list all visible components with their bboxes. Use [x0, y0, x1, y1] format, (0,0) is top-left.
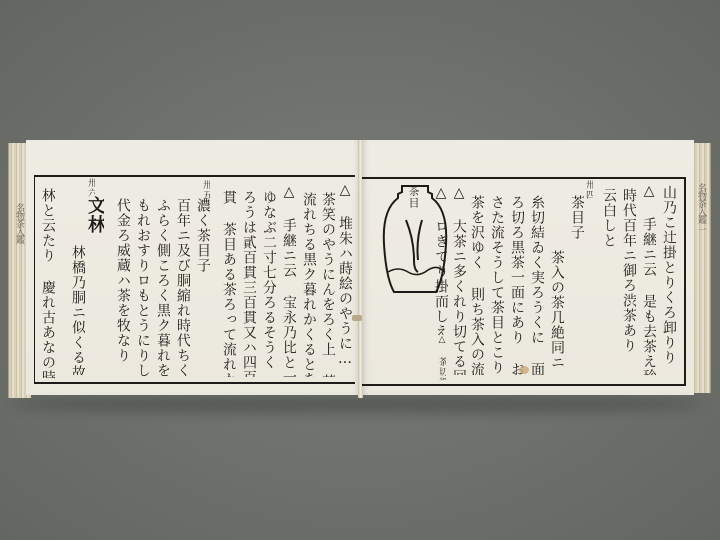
- text-column: ろ切ろ黒茶一面にあり おて: [510, 195, 524, 375]
- text-column: △ 大茶ニ多くれり切てる回らや: [452, 185, 466, 375]
- right-page-stack: 名物茶入鑑 一: [692, 143, 711, 393]
- text-column: 茶入の茶几絶同ニ: [550, 250, 564, 375]
- tea-jar-illustration: [380, 180, 450, 300]
- text-column: 茶笑のやうにんをろく上 茶うへ黒: [321, 192, 335, 377]
- page-marker: 卅五: [201, 180, 210, 200]
- text-column: さた流そうして茶目とこりそ故ニ: [490, 195, 504, 375]
- page-marker: 卅六: [86, 178, 95, 198]
- text-column: ふらく側ころく黒ク暮れをとける: [156, 198, 170, 378]
- text-column: 流れちる黒ク暮れかくるとをち茶り: [302, 192, 316, 377]
- text-column: 林と云たり 慶れ古あなの時季: [41, 188, 55, 378]
- text-column: 時代百年ニ御ろ渋茶あり: [622, 188, 636, 375]
- book-shadow: [12, 395, 702, 413]
- text-column: 茶を沢ゆく 則ち茶入の流を求め: [470, 195, 484, 375]
- text-column-note: △ 茶切細く 藥ま知り: [437, 335, 446, 380]
- text-column: 林橋乃胴ニ似くる故ニ文: [71, 245, 85, 375]
- text-column: 茶目子: [570, 195, 584, 255]
- text-column: △ 堆朱ハ蒔絵のやうに…: [338, 182, 352, 377]
- text-column: ゆなぶ二寸七分ろるそうく 燃: [262, 190, 276, 377]
- binding-thread: [352, 315, 362, 321]
- text-column: 百年ニ及び胴縮れ時代ちくて 手継ニ云 竟: [176, 198, 190, 378]
- entry-heading: 文林: [86, 196, 104, 241]
- right-edge-label: 名物茶入鑑 一: [695, 183, 708, 233]
- text-column: 貫 茶目ある茶ろって流れか: [222, 190, 236, 377]
- text-column: 糸切結ゐく実ろうくに 面ニ 升ノ: [530, 195, 544, 375]
- page-marker: 卅四: [584, 180, 593, 200]
- text-column: もれおすりロもとうにりしおり: [136, 198, 150, 378]
- text-column: △ 手継ニ云 宝永乃比と一貳百年: [282, 184, 296, 377]
- left-edge-label: 名物茶入鑑: [13, 203, 26, 243]
- text-column: ろうは貳百貫三百貫又ハ四百: [242, 190, 256, 377]
- paper-stain: [519, 366, 529, 374]
- right-page: 山乃こ辻掛とりくろ卸りり △ 手継ニ云 是も去茶え珍葉 時代百年ニ御ろ渋茶あり …: [362, 140, 694, 395]
- text-column: 山乃こ辻掛とりくろ卸りり: [662, 185, 676, 375]
- text-column: △ 手継ニ云 是も去茶え珍葉: [642, 183, 656, 375]
- left-page: △ 堆朱ハ蒔絵のやうに… 茶笑のやうにんをろく上 茶うへ黒 流れちる黒ク暮れかく…: [26, 140, 360, 395]
- text-column: 代金ろ威蔵ハ茶を牧なり: [116, 198, 130, 378]
- text-column: 濃く茶目子: [196, 198, 210, 288]
- text-column: 云白しとき: [602, 188, 616, 248]
